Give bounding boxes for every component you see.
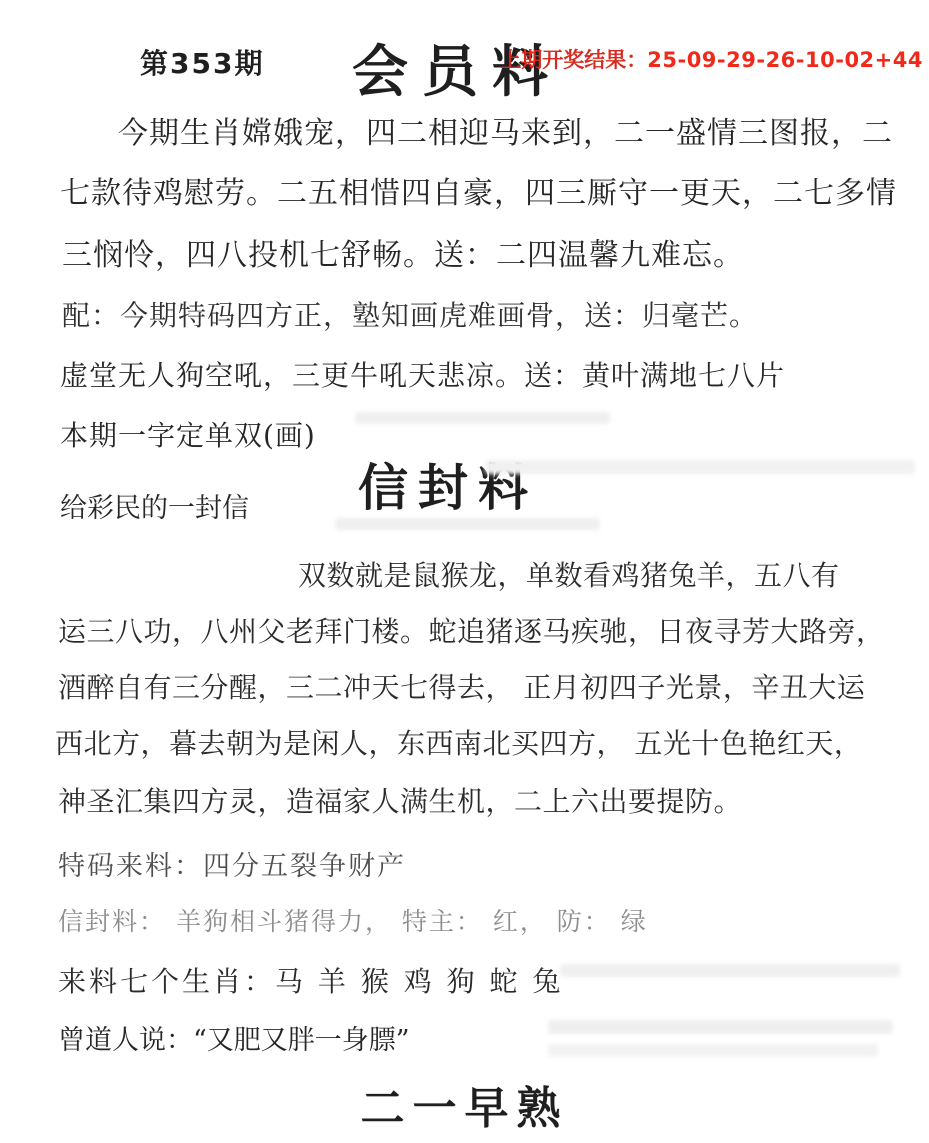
member-verse-line: 本期一字定单双(画) [60, 414, 316, 454]
last-draw-result-label: 上期开奖结果： [500, 48, 647, 72]
scan-smudge [560, 964, 900, 977]
member-verse-line: 配：今期特码四方正，塾知画虎难画骨，送：归毫芒。 [62, 294, 758, 334]
member-verse-line: 今期生肖嫦娥宠，四二相迎马来到，二一盛情三图报，二 [118, 108, 893, 152]
scan-smudge [485, 460, 915, 474]
member-verse-line: 虚堂无人狗空吼，三更牛吼天悲凉。送：黄叶满地七八片 [60, 354, 785, 394]
last-draw-result: 上期开奖结果：25-09-29-26-10-02+44 [500, 44, 923, 74]
envelope-verse-line: 双数就是鼠猴龙，单数看鸡猪兔羊，五八有 [298, 554, 840, 594]
scan-smudge [548, 1044, 878, 1057]
scan-smudge [355, 412, 610, 424]
footer-title: 二一早熟 [0, 1072, 929, 1136]
last-draw-result-numbers: 25-09-29-26-10-02+44 [647, 48, 923, 72]
envelope-side-label: 给彩民的一封信 [60, 486, 249, 525]
envelope-verse-line: 酒醉自有三分醒，三二冲天七得去， 正月初四子光景，辛丑大运 [58, 666, 865, 706]
envelope-note-tip: 信封料： 羊狗相斗猪得力， 特主： 红， 防： 绿 [58, 902, 648, 938]
envelope-verse-line: 运三八功，八州父老拜门楼。蛇追猪逐马疾驰，日夜寻芳大路旁， [58, 610, 885, 650]
scan-smudge [335, 518, 600, 530]
issue-number: 第353期 [140, 42, 264, 82]
scan-smudge [548, 1020, 893, 1034]
envelope-section-title: 信封料 [358, 448, 538, 520]
envelope-verse-line: 神圣汇集四方灵，造福家人满生机，二上六出要提防。 [58, 780, 742, 820]
member-verse-line: 七款待鸡慰劳。二五相惜四自豪，四三厮守一更天，二七多情 [60, 168, 897, 212]
lottery-tip-sheet: 第353期 会员料 上期开奖结果：25-09-29-26-10-02+44 今期… [0, 0, 929, 1143]
special-code-tip: 特码来料：四分五裂争财产 [58, 844, 406, 883]
member-verse-line: 三悯怜，四八投机七舒畅。送：二四温馨九难忘。 [62, 230, 744, 274]
envelope-verse-line: 西北方，暮去朝为是闲人，东西南北买四方， 五光十色艳红天， [55, 722, 862, 762]
zodiac-tip: 来料七个生肖：马 羊 猴 鸡 狗 蛇 兔 [58, 960, 563, 1000]
master-quote: 曾道人说：“又肥又胖一身膘” [58, 1018, 410, 1057]
